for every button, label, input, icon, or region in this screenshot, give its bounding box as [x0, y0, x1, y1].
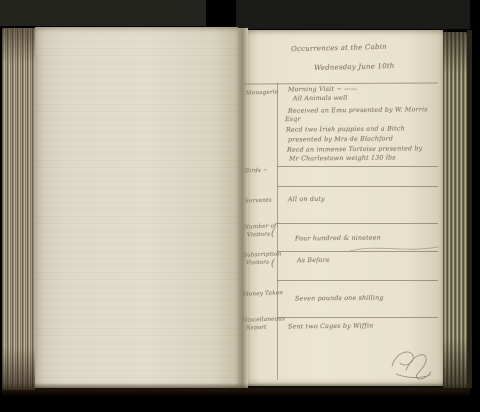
- page-title: Occurrences at the Cabin: [291, 43, 387, 54]
- entry-misc: Sent two Cages by Wiffin: [288, 323, 373, 331]
- row-rule-6: [277, 317, 438, 318]
- ink-layer: Occurrences at the Cabin Wednesday June …: [0, 0, 480, 412]
- entry-line: Recd an immense Tortoise presented by: [287, 145, 422, 153]
- entry-line: presented by Mrs de Blachford: [288, 135, 393, 143]
- row-rule-3: [277, 223, 438, 224]
- scanned-book-photo: Occurrences at the Cabin Wednesday June …: [0, 0, 480, 412]
- entry-line: Mr Charlestown weight 130 lbs: [289, 154, 396, 162]
- row-label-birds: Birds ~: [245, 168, 268, 175]
- entry-servants: All on duty: [288, 196, 325, 203]
- bracket-mark-subscription: (: [271, 259, 275, 269]
- row-label-servants: Servants: [245, 198, 272, 205]
- table-top-rule: [244, 82, 438, 84]
- entry-line: Esqr: [285, 116, 301, 123]
- row-rule-1: [277, 166, 438, 167]
- signature-flourish: [386, 344, 436, 382]
- row-rule-5: [277, 280, 438, 281]
- book-bottom-shadow: [2, 383, 470, 397]
- row-label-menagerie: Menagerie: [246, 89, 279, 96]
- pen-flourish-line: [348, 243, 440, 255]
- entry-visitors: Four hundred & nineteen: [295, 235, 381, 243]
- row-label-visitors: Visitors: [247, 232, 270, 239]
- entry-money: Seven pounds one shilling: [295, 295, 384, 303]
- entry-line: All Animals well: [293, 95, 348, 103]
- row-label-report: Report: [246, 325, 267, 332]
- entry-line: Received an Emu presented by W. Morris: [288, 106, 428, 114]
- bracket-mark-visitors: (: [271, 229, 275, 239]
- entry-subscription: As Before: [297, 257, 330, 264]
- row-label-miscellaneous: Miscellaneous: [242, 316, 285, 324]
- page-date: Wednesday June 10th: [314, 62, 395, 72]
- entry-line: Morning Visit ~ ——: [288, 86, 357, 94]
- entry-line: Recd two Irish puppies and a Bitch: [286, 125, 405, 133]
- row-rule-2: [277, 186, 438, 187]
- row-label-sub-visitors: Visitors: [246, 260, 269, 267]
- row-label-subscription: Subscription: [243, 251, 282, 258]
- table-column-rule: [277, 83, 278, 380]
